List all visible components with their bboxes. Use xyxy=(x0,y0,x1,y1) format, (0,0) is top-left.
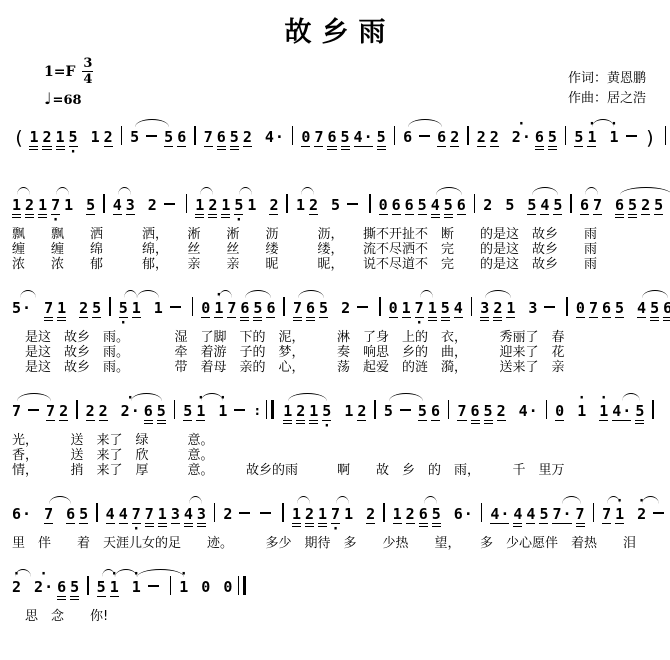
barline xyxy=(292,126,294,145)
duration-dash xyxy=(239,512,250,514)
note: 7· xyxy=(132,506,141,524)
note: 4 xyxy=(184,506,193,527)
slur xyxy=(532,187,558,195)
slur xyxy=(336,496,349,504)
barline xyxy=(103,194,105,213)
note: 2 xyxy=(99,403,108,421)
barline xyxy=(170,576,172,595)
note: 0 xyxy=(201,579,210,596)
barline xyxy=(467,126,469,145)
note: 4 xyxy=(119,506,128,524)
note: 0 xyxy=(379,197,388,215)
duration-dash xyxy=(626,135,637,137)
note: 2 xyxy=(148,197,157,214)
barline xyxy=(87,576,89,595)
augmentation-dot: · xyxy=(22,299,31,317)
note: 5 xyxy=(539,506,548,524)
note: 0 xyxy=(576,300,585,318)
note: 1 xyxy=(428,300,437,321)
note: 2 xyxy=(450,129,459,147)
parenthesis: ) xyxy=(645,127,656,149)
octave-dot-high: · xyxy=(600,394,608,402)
augmentation-dot: · xyxy=(500,505,509,523)
barline xyxy=(379,297,381,316)
note: 2 xyxy=(366,506,375,524)
note: 7 xyxy=(457,403,466,421)
lyrics-verse-2: 香， 送 来了 欣 意。 xyxy=(12,448,660,463)
octave-dot-low: · xyxy=(132,525,140,533)
note: 6 xyxy=(266,300,275,318)
octave-dot-low: · xyxy=(331,525,339,533)
barline xyxy=(566,297,568,316)
meta-row: 1=F 3 4 ♩=68 作词：黄恩鹏 作曲：居之浩 xyxy=(10,57,660,109)
note: 5 xyxy=(183,403,192,421)
credits: 作词：黄恩鹏 作曲：居之浩 xyxy=(568,69,646,109)
note: 7 xyxy=(589,300,598,318)
note: 5 xyxy=(548,129,557,150)
note: 1 xyxy=(158,506,167,527)
note: 1 xyxy=(221,197,230,218)
note: 7 xyxy=(204,129,213,147)
slur xyxy=(56,187,69,195)
notation-row: 1217·154321215·12125066545625545676525 xyxy=(10,181,660,227)
note: 5 xyxy=(384,403,393,420)
note: 1 xyxy=(132,300,141,318)
note: 7· xyxy=(415,300,424,318)
note: 2· xyxy=(12,579,21,596)
note: 7 xyxy=(145,506,154,527)
note: 1 xyxy=(57,300,66,321)
slur xyxy=(301,187,314,195)
note: 7 xyxy=(46,403,55,421)
slur xyxy=(20,290,36,298)
note: 5 xyxy=(441,300,450,321)
slur xyxy=(585,187,598,195)
note: 7 xyxy=(602,506,611,524)
note: 2·· xyxy=(512,129,531,146)
sheet-music-page: 故乡雨 1=F 3 4 ♩=68 作词：黄恩鹏 作曲：居之浩 (1215·125… xyxy=(0,0,670,660)
note: 1· xyxy=(214,300,223,318)
time-numerator: 3 xyxy=(83,57,92,70)
note: 5 xyxy=(79,506,88,524)
note: 1· xyxy=(615,506,624,524)
note: 5 xyxy=(654,197,663,215)
lyrics-verse-3: 浓 浓 郁 郁， 亲 亲 昵 昵， 说不尽道不 完 的是这 故乡 雨 xyxy=(12,257,660,272)
note: 7 xyxy=(12,403,21,420)
note: 1 xyxy=(506,300,515,318)
duration-dash xyxy=(260,512,271,514)
note: 1 xyxy=(154,300,163,317)
note: 5 xyxy=(319,300,328,318)
note: 5 xyxy=(574,129,583,147)
note: 2 xyxy=(305,506,314,527)
slur xyxy=(124,290,137,298)
duration-dash xyxy=(653,512,664,514)
note: 2 xyxy=(208,197,217,218)
note: 5· xyxy=(69,129,78,147)
note: 2 xyxy=(269,197,278,215)
duration-dash xyxy=(234,409,245,411)
note: 1· xyxy=(179,579,188,596)
music-system-2: 1217·154321215·12125066545625545676525飘 … xyxy=(10,181,660,272)
slur xyxy=(137,569,184,577)
quarter-note-icon: ♩ xyxy=(44,89,52,108)
note: 5 xyxy=(615,300,624,318)
slur xyxy=(389,393,423,401)
notation-row: 6·765447·7134321217·1212656·4·4457·771·2… xyxy=(10,490,660,536)
note: 5 xyxy=(331,197,340,214)
note: 6 xyxy=(144,403,153,424)
note: 7 xyxy=(314,129,323,147)
note: 0 xyxy=(201,300,210,318)
duration-dash xyxy=(357,306,368,308)
barline xyxy=(665,126,667,145)
note: 1 xyxy=(12,197,21,218)
note: 6 xyxy=(240,300,249,321)
final-barline xyxy=(238,576,246,595)
augmentation-dot: · xyxy=(622,402,631,420)
octave-dot-low: · xyxy=(51,216,59,224)
barline xyxy=(283,297,285,316)
barline xyxy=(214,503,216,522)
note: 2 xyxy=(406,506,415,524)
augmentation-dot: · xyxy=(464,505,473,523)
note: 1 xyxy=(247,197,256,214)
note: 0 xyxy=(223,579,232,596)
note: 6 xyxy=(327,129,336,150)
slur xyxy=(17,393,51,401)
note: 7· xyxy=(552,506,571,524)
note: 3 xyxy=(197,506,206,527)
note: 4· xyxy=(519,403,538,420)
slur xyxy=(219,290,232,298)
note: 2 xyxy=(25,197,34,218)
note: 1 xyxy=(393,506,402,524)
music-system-6: 2·2··6551·1·1·00 思 念 你! xyxy=(10,563,660,624)
barline xyxy=(448,400,450,419)
note: 5 xyxy=(92,300,101,318)
note: 2 xyxy=(42,129,51,150)
note: 1· xyxy=(577,403,586,420)
slur xyxy=(408,119,442,127)
note: 4 xyxy=(431,197,440,218)
note: 1 xyxy=(318,506,327,527)
note: 0 xyxy=(389,300,398,318)
note: 4 xyxy=(113,197,122,215)
note: 1 xyxy=(91,129,100,146)
note: 6 xyxy=(615,197,624,218)
note: 5 xyxy=(628,197,637,218)
slur xyxy=(562,496,581,504)
barline xyxy=(570,194,572,213)
note: 2 xyxy=(641,197,650,215)
key-time-tempo: 1=F 3 4 ♩=68 xyxy=(44,57,93,108)
note: 4· xyxy=(354,129,373,147)
note: 2· xyxy=(637,506,646,523)
duration-dash xyxy=(148,585,159,587)
lyrics-verse-3: 是这 故乡 雨。 带 着母 亲的 心， 荡 起爱 的涟 漪， 送来了 亲 xyxy=(12,360,660,375)
duration-dash xyxy=(347,203,358,205)
slur xyxy=(137,290,159,298)
octave-dot-low: · xyxy=(119,319,127,327)
slur xyxy=(436,187,462,195)
note: 4· xyxy=(612,403,631,421)
note: 2·· xyxy=(121,403,140,420)
note: 1 xyxy=(38,197,47,218)
note: 5 xyxy=(377,129,386,150)
slur xyxy=(15,569,31,577)
note: 2 xyxy=(497,403,506,421)
note: 5· xyxy=(234,197,243,215)
time-denominator: 4 xyxy=(83,73,92,86)
barline xyxy=(194,126,196,145)
notation-row: 5·71255·1101·76567652017·15432130765456 xyxy=(10,284,660,330)
lyrics-verse-3: 情， 捎 来了 厚 意。 故乡的雨 啊 故 乡 的 雨， 千 里万 xyxy=(12,463,660,478)
slur xyxy=(201,393,223,401)
tempo-value: =68 xyxy=(53,93,82,108)
slur xyxy=(135,119,169,127)
note: 5 xyxy=(484,403,493,424)
note: 2 xyxy=(86,403,95,421)
key-time-row: 1=F 3 4 xyxy=(44,57,93,86)
note: 5 xyxy=(432,506,441,527)
slur xyxy=(642,290,668,298)
lyrics-verse-2: 是这 故乡 雨。 牵 着游 子的 梦， 奏 响思 乡的 曲， 迎来了 花 xyxy=(12,345,660,360)
slur xyxy=(485,290,511,298)
barline xyxy=(282,503,284,522)
note: 6 xyxy=(602,300,611,318)
slur xyxy=(622,393,640,401)
barline xyxy=(481,503,483,522)
note: 7 xyxy=(44,300,53,321)
note: 7 xyxy=(576,506,585,527)
slur xyxy=(620,187,670,195)
slur xyxy=(17,187,30,195)
note: 5 xyxy=(444,197,453,218)
barline xyxy=(369,194,371,213)
barline xyxy=(174,400,176,419)
music-system-1: (1215·1255676524·07654·5662222··6551·1·) xyxy=(10,113,660,159)
note: 3 xyxy=(171,506,180,524)
repeat-dots-icon: : xyxy=(253,404,261,419)
barline xyxy=(546,400,548,419)
barline xyxy=(394,126,396,145)
note: 7· xyxy=(331,506,340,524)
note: 3 xyxy=(126,197,135,215)
slur xyxy=(131,393,162,401)
note: 1 xyxy=(64,197,73,214)
note: 5· xyxy=(12,300,31,317)
note: 1 xyxy=(292,506,301,527)
note: 5· xyxy=(322,403,331,421)
lyrics-verse-1: 里 伴 着 天涯儿女的足 迹。 多少 期待 多 少热 望， 多 少心愿伴 着热 … xyxy=(12,536,660,551)
note: 4 xyxy=(106,506,115,524)
score: (1215·1255676524·07654·5662222··6551·1·)… xyxy=(10,113,660,624)
time-signature: 3 4 xyxy=(82,57,93,86)
slur xyxy=(288,393,327,401)
note: 2 xyxy=(477,129,486,147)
note: 7 xyxy=(593,197,602,215)
note: 5 xyxy=(230,129,239,150)
note: 2 xyxy=(341,300,350,317)
note: 6 xyxy=(217,129,226,150)
duration-dash xyxy=(170,306,181,308)
note: 0 xyxy=(301,129,310,147)
octave-dot-high: · xyxy=(517,120,525,128)
barline xyxy=(474,194,476,213)
music-system-4: 772222··6551·1·:1215·1255676524·01·1·4·5… xyxy=(10,387,660,478)
augmentation-dot: · xyxy=(22,505,31,523)
barline xyxy=(593,503,595,522)
note: 2 xyxy=(243,129,252,147)
duration-dash xyxy=(544,306,555,308)
note: 5 xyxy=(505,197,514,214)
note: 6 xyxy=(437,129,446,147)
music-system-5: 6·765447·7134321217·1212656·4·4457·771·2… xyxy=(10,490,660,551)
note: 7 xyxy=(44,506,53,524)
slur xyxy=(102,569,115,577)
barline xyxy=(121,126,123,145)
lyrics-verse-1: 光， 送 来了 绿 意。 xyxy=(12,433,660,448)
note: 4 xyxy=(540,197,549,215)
slur xyxy=(49,496,71,504)
note: 6· xyxy=(454,506,473,523)
note: 4 xyxy=(454,300,463,318)
note: 5 xyxy=(97,579,106,597)
note: 4 xyxy=(526,506,535,524)
note: 5 xyxy=(650,300,659,321)
barline xyxy=(565,126,567,145)
note: 6 xyxy=(66,506,75,524)
barline xyxy=(471,297,473,316)
slur xyxy=(607,496,620,504)
lyrics-verse-1: 思 念 你! xyxy=(12,609,660,624)
barline xyxy=(652,400,654,419)
note: 7 xyxy=(293,300,302,321)
note: 1 xyxy=(29,129,38,150)
lyrics-verse-2: 缠 缠 绵 绵， 丝 丝 缕 缕， 流不尽洒不 完 的是这 故乡 雨 xyxy=(12,242,660,257)
augmentation-dot: · xyxy=(364,128,373,146)
note: 2 xyxy=(483,197,492,214)
note: 5 xyxy=(527,197,536,215)
octave-dot-low: · xyxy=(415,319,423,327)
note: 2·· xyxy=(34,579,53,596)
note: 5 xyxy=(553,197,562,215)
note: 5 xyxy=(341,129,350,150)
barline xyxy=(383,503,385,522)
slur xyxy=(200,187,213,195)
note: 2 xyxy=(490,129,499,147)
note: 1 xyxy=(402,300,411,318)
lyrics-verse-1: 飘 飘 洒 洒， 淅 淅 沥 沥， 撕不开扯不 断 的是这 故乡 雨 xyxy=(12,227,660,242)
note: 4· xyxy=(490,506,509,524)
note: 6 xyxy=(457,197,466,215)
note: 1 xyxy=(56,129,65,150)
composer: 作曲：居之浩 xyxy=(568,89,646,109)
note: 6 xyxy=(403,129,412,146)
slur xyxy=(189,496,202,504)
duration-dash xyxy=(28,409,39,411)
slur xyxy=(424,496,437,504)
duration-dash xyxy=(146,135,157,137)
slur xyxy=(245,290,271,298)
note: 3 xyxy=(528,300,537,317)
duration-dash xyxy=(164,203,175,205)
repeat-bar-icon xyxy=(266,400,274,419)
slur xyxy=(642,496,659,504)
note: 4 xyxy=(513,506,522,527)
note: 3 xyxy=(480,300,489,321)
note: 5 xyxy=(253,300,262,321)
note: 6 xyxy=(419,506,428,527)
note: 1· xyxy=(132,579,141,596)
note: 7 xyxy=(227,300,236,318)
note: 1· xyxy=(609,129,618,146)
note: 5 xyxy=(86,197,95,215)
note: 1· xyxy=(599,403,608,421)
note: 2 xyxy=(493,300,502,321)
note: 6 xyxy=(57,579,66,600)
music-system-3: 5·71255·1101·76567652017·15432130765456 … xyxy=(10,284,660,375)
note: 5 xyxy=(130,129,139,146)
note: 2 xyxy=(79,300,88,318)
slur xyxy=(420,290,433,298)
note: 5 xyxy=(157,403,166,424)
note: 1· xyxy=(218,403,227,420)
slur xyxy=(239,187,252,195)
note: 6 xyxy=(405,197,414,215)
note: 5 xyxy=(70,579,79,600)
note: 5· xyxy=(119,300,128,318)
octave-dot-low: · xyxy=(69,148,77,156)
note: 1 xyxy=(283,403,292,424)
note: 4· xyxy=(265,129,284,146)
barline xyxy=(76,400,78,419)
note: 1 xyxy=(195,197,204,218)
augmentation-dot: · xyxy=(563,505,572,523)
augmentation-dot: · xyxy=(275,128,284,146)
note: 1 xyxy=(344,506,353,523)
slur xyxy=(592,119,614,127)
note: 1· xyxy=(587,129,596,147)
octave-dot-high: · xyxy=(578,394,586,402)
slur xyxy=(118,187,131,195)
note: 1 xyxy=(309,403,318,424)
octave-dot-low: · xyxy=(235,216,243,224)
note: 2 xyxy=(357,403,366,421)
duration-dash xyxy=(419,135,430,137)
key-signature: 1=F xyxy=(44,64,75,80)
note: 6 xyxy=(580,197,589,215)
octave-dot-high: · xyxy=(39,570,47,578)
barline xyxy=(186,194,188,213)
barline xyxy=(192,297,194,316)
note: 7· xyxy=(51,197,60,215)
slur xyxy=(115,569,137,577)
note: 1 xyxy=(344,403,353,420)
octave-dot-low: · xyxy=(323,422,331,430)
note: 5 xyxy=(418,403,427,421)
note: 2 xyxy=(59,403,68,421)
barline xyxy=(109,297,111,316)
parenthesis: ( xyxy=(13,127,24,149)
note: 1· xyxy=(110,579,119,597)
slur xyxy=(297,496,310,504)
note: 2 xyxy=(223,506,232,523)
barline xyxy=(374,400,376,419)
note: 6 xyxy=(306,300,315,321)
barline xyxy=(286,194,288,213)
